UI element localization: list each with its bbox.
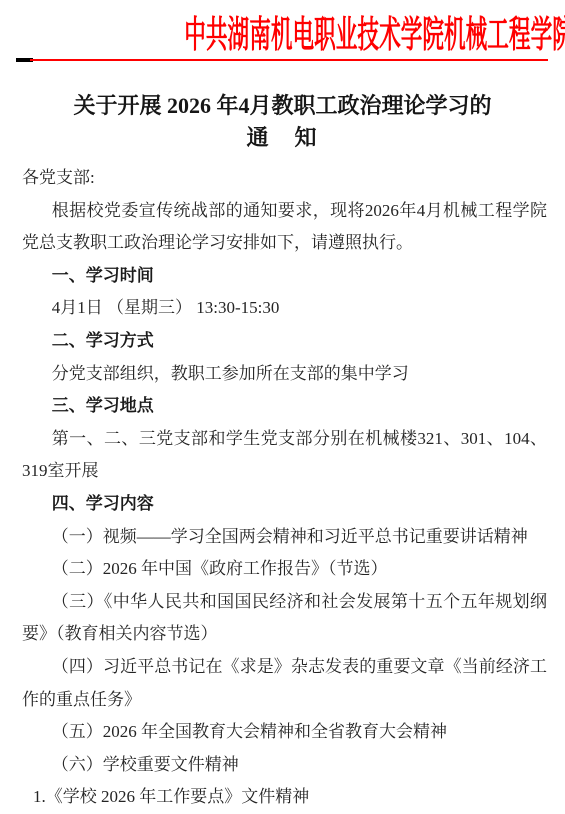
letterhead: 中共湖南机电职业技术学院机械工程学院总支部委员会 <box>0 0 565 57</box>
document-line: （四）习近平总书记在《求是》杂志发表的重要文章《当前经济工 <box>22 651 547 684</box>
notice-title-line1: 关于开展 2026 年4月教职工政治理论学习的 <box>0 91 565 120</box>
document-line: 四、学习内容 <box>22 488 547 521</box>
committee-name: 中共湖南机电职业技术学院机械工程学院总支部委员会 <box>184 13 565 57</box>
document-line: 根据校党委宣传统战部的通知要求，现将2026年4月机械工程学院 <box>22 195 547 228</box>
notice-title-line2: 通 知 <box>0 123 565 152</box>
document-line: （三）《中华人民共和国国民经济和社会发展第十五个五年规划纲 <box>22 586 547 619</box>
document-line: （一）视频——学习全国两会精神和习近平总书记重要讲话精神 <box>22 521 547 554</box>
document-line: （六）学校重要文件精神 <box>22 749 547 782</box>
document-line: 要》（教育相关内容节选） <box>22 618 547 651</box>
document-line: 4月1日 （星期三） 13:30-15:30 <box>22 292 547 325</box>
document-line: 319室开展 <box>22 455 547 488</box>
letterhead-rule <box>16 58 548 62</box>
document-line: 三、学习地点 <box>22 390 547 423</box>
document-line: 党总支教职工政治理论学习安排如下，请遵照执行。 <box>22 227 547 260</box>
document-line: （二）2026 年中国《政府工作报告》（节选） <box>22 553 547 586</box>
document-line: 一、学习时间 <box>22 260 547 293</box>
document-body: 各党支部:根据校党委宣传统战部的通知要求，现将2026年4月机械工程学院党总支教… <box>22 162 547 814</box>
document-line: 二、学习方式 <box>22 325 547 358</box>
document-line: （五）2026 年全国教育大会精神和全省教育大会精神 <box>22 716 547 749</box>
document-line: 各党支部: <box>22 162 547 195</box>
document-line: 1.《学校 2026 年工作要点》文件精神 <box>22 781 547 814</box>
document-line: 第一、二、三党支部和学生党支部分别在机械楼321、301、104、 <box>22 423 547 456</box>
document-line: 分党支部组织，教职工参加所在支部的集中学习 <box>22 358 547 391</box>
letterhead-rule-red-line <box>30 59 548 61</box>
notice-title: 关于开展 2026 年4月教职工政治理论学习的 通 知 <box>0 91 565 152</box>
document-page: 中共湖南机电职业技术学院机械工程学院总支部委员会 关于开展 2026 年4月教职… <box>0 0 565 814</box>
document-line: 作的重点任务》 <box>22 684 547 717</box>
